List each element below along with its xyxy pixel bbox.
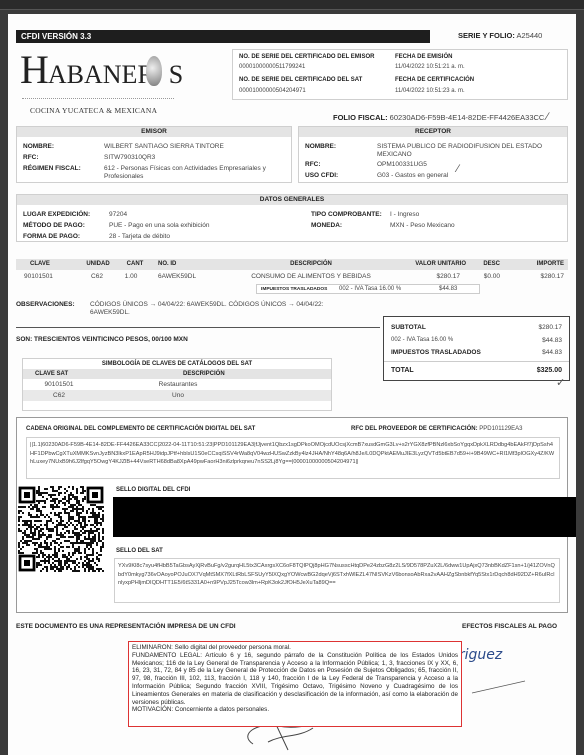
receptor-nombre-label: NOMBRE: (305, 143, 336, 150)
impuestos-total-value: $44.83 (542, 349, 562, 356)
legal-fundamento: FUNDAMENTO LEGAL: Artículo 6 y 16, segun… (132, 652, 458, 707)
rfc-proveedor-label: RFC DEL PROVEEDOR DE CERTIFICACIÓN: (351, 426, 478, 432)
legal-redaction-note: ELIMINARON: Sello digital del proveedor … (128, 641, 462, 727)
receptor-title: RECEPTOR (299, 127, 567, 137)
simbologia-box: SIMBOLOGÍA DE CLAVES DE CATÁLOGOS DEL SA… (22, 358, 332, 411)
cfdi-version-bar: CFDI VERSIÓN 3.3 (16, 30, 430, 43)
simbologia-header-cell: DESCRIPCIÓN (183, 371, 225, 377)
simbologia-header: CLAVE SATDESCRIPCIÓN (23, 369, 331, 379)
conceptos-header-cell: CLAVE (30, 261, 70, 267)
subtotal-value: $280.17 (539, 324, 563, 331)
lugar-value: 97204 (109, 211, 127, 218)
logo-divider (22, 98, 174, 99)
cadena-original-value: ||1.1|60230AD6-F59B-4E14-82DE-FF4426EA33… (26, 437, 560, 479)
emision-value: 11/04/2022 10:51:21 a. m. (395, 64, 465, 70)
emisor-box: EMISOR NOMBRE: WILBERT SANTIAGO SIERRA T… (16, 126, 292, 183)
sello-sat-title: SELLO DEL SAT (116, 548, 163, 554)
certificacion-value: 11/04/2022 10:51:23 a. m. (395, 88, 465, 94)
simbologia-row: 90101501Restaurantes (23, 379, 331, 390)
chili-pepper-icon (146, 56, 162, 86)
totals-box: SUBTOTAL $280.17 002 - IVA Tasa 16.00 % … (383, 316, 570, 381)
conceptos-cell: CONSUMO DE ALIMENTOS Y BEBIDAS (236, 273, 386, 280)
simbologia-row: C62Uno (23, 390, 331, 401)
conceptos-cell: $280.17 (508, 273, 564, 280)
conceptos-cell: C62 (82, 273, 112, 280)
receptor-nombre-value: SISTEMA PUBLICO DE RADIODIFUSION DEL EST… (377, 143, 562, 159)
emisor-nombre-value: WILBERT SANTIAGO SIERRA TINTORE (104, 143, 224, 150)
receptor-uso-label: USO CFDI: (305, 172, 338, 179)
emisor-nombre-label: NOMBRE: (23, 143, 54, 150)
legal-motivacion: MOTIVACIÓN: Concerniente a datos persona… (132, 706, 458, 714)
receptor-uso-value: G03 - Gastos en general (377, 172, 448, 179)
serie-folio-value: A25440 (517, 31, 543, 40)
subtotal-label: SUBTOTAL (391, 324, 426, 331)
conceptos-header-cell: DESC (470, 261, 500, 267)
receptor-box: RECEPTOR NOMBRE: SISTEMA PUBLICO DE RADI… (298, 126, 568, 183)
folio-fiscal-label: FOLIO FISCAL: (333, 113, 388, 122)
emisor-cert-label: NO. DE SERIE DEL CERTIFICADO DEL EMISOR (239, 54, 374, 60)
simbologia-table: CLAVE SATDESCRIPCIÓN90101501Restaurantes… (23, 369, 331, 401)
iva-label: 002 - IVA Tasa 16.00 % (391, 337, 453, 343)
conceptos-cell: $0.00 (464, 273, 500, 280)
conceptos-cell: $280.17 (388, 273, 460, 280)
conceptos-header-cell: NO. ID (158, 261, 198, 267)
folio-fiscal: FOLIO FISCAL: 60230AD6-F59B-4E14-82DE-FF… (333, 111, 548, 123)
footer-right: EFECTOS FISCALES AL PAGO (462, 623, 557, 630)
redacted-sello-cfdi (113, 497, 576, 537)
checkmark-icon: ∕ (546, 111, 548, 123)
folio-fiscal-value: 60230AD6-F59B-4E14-82DE-FF4426EA33CC (390, 113, 545, 122)
conceptos-header-cell: DESCRIPCIÓN (236, 261, 386, 267)
conceptos-cell: 90101501 (24, 273, 64, 280)
rfc-proveedor: RFC DEL PROVEEDOR DE CERTIFICACIÓN: PPD1… (351, 426, 523, 432)
emisor-title: EMISOR (17, 127, 291, 137)
serie-folio-label: SERIE Y FOLIO: (458, 31, 515, 40)
simbologia-cell: Uno (113, 392, 243, 399)
invoice-page: CFDI VERSIÓN 3.3 SERIE Y FOLIO: A25440 H… (8, 14, 576, 755)
observaciones-label: OBSERVACIONES: (16, 301, 75, 308)
qr-code-icon (18, 486, 104, 572)
simbologia-cell: 90101501 (29, 381, 89, 388)
total-value: $325.00 (537, 367, 562, 374)
total-label: TOTAL (391, 367, 414, 374)
impuestos-trasladados-row: IMPUESTOS TRASLADADOS 002 - IVA Tasa 16.… (256, 284, 480, 294)
impuestos-row-label: IMPUESTOS TRASLADADOS (261, 287, 327, 292)
impuestos-total-label: IMPUESTOS TRASLADADOS (391, 349, 481, 356)
simbologia-title: SIMBOLOGÍA DE CLAVES DE CATÁLOGOS DEL SA… (23, 359, 331, 369)
serie-folio: SERIE Y FOLIO: A25440 (458, 31, 542, 40)
receptor-rfc-label: RFC: (305, 161, 321, 168)
conceptos-header-cell: VALOR UNITARIO (388, 261, 466, 267)
metodo-label: MÉTODO DE PAGO: (23, 222, 85, 229)
emisor-rfc-label: RFC: (23, 154, 39, 161)
impuestos-row-desc: 002 - IVA Tasa 16.00 % (339, 286, 401, 292)
amount-in-words: SON: TRESCIENTOS VEINTICINCO PESOS, 00/1… (16, 336, 188, 343)
checkmark-icon: ✓ (556, 376, 565, 389)
rfc-proveedor-value: PPD101129EA3 (479, 426, 522, 432)
conceptos-header-cell: CANT (122, 261, 148, 267)
lugar-label: LUGAR EXPEDICIÓN: (23, 211, 90, 218)
simbologia-cell: Restaurantes (113, 381, 243, 388)
conceptos-cell: 6AWEK59DL (158, 273, 218, 280)
observaciones-value: CÓDIGOS ÚNICOS → 04/04/22: 6AWEK59DL. CÓ… (90, 301, 362, 317)
receptor-rfc-value: OPM100331UG5 (377, 161, 427, 168)
simbologia-header-cell: CLAVE SAT (35, 371, 68, 377)
sat-cert-value: 00001000000504204971 (239, 88, 306, 94)
certificacion-label: FECHA DE CERTIFICACIÓN (395, 77, 474, 83)
simbologia-cell: C62 (29, 392, 89, 399)
conceptos-header-cell: IMPORTE (508, 261, 564, 267)
datos-generales-box: DATOS GENERALES LUGAR EXPEDICIÓN: 97204 … (16, 194, 568, 242)
tipo-value: I - Ingreso (390, 211, 419, 218)
metodo-value: PUE - Pago en una sola exhibición (109, 222, 209, 229)
sello-sat-value: YXv9Kl8c7syu4fHbB5TaGbsAyXjRvBuFg/v2gurq… (114, 558, 560, 603)
checkmark-icon: ∕ (457, 163, 459, 175)
conceptos-header-cell: UNIDAD (78, 261, 118, 267)
moneda-value: MXN - Peso Mexicano (390, 222, 455, 229)
totals-divider (384, 361, 569, 362)
forma-value: 28 - Tarjeta de débito (109, 233, 170, 240)
certificates-box: NO. DE SERIE DEL CERTIFICADO DEL EMISOR … (232, 49, 568, 100)
emision-label: FECHA DE EMISIÓN (395, 54, 452, 60)
forma-label: FORMA DE PAGO: (23, 233, 80, 240)
conceptos-cell: 1.00 (120, 273, 142, 280)
qr-code (18, 486, 104, 572)
impuestos-row-value: $44.83 (439, 286, 457, 292)
emisor-regimen-label: RÉGIMEN FISCAL: (23, 165, 81, 172)
sat-cert-label: NO. DE SERIE DEL CERTIFICADO DEL SAT (239, 77, 362, 83)
cadena-title: CADENA ORIGINAL DEL COMPLEMENTO DE CERTI… (26, 426, 255, 432)
company-tagline: COCINA YUCATECA & MEXICANA (30, 106, 157, 115)
footer-left: ESTE DOCUMENTO ES UNA REPRESENTACIÓN IMP… (16, 623, 236, 630)
signature-stroke (470, 679, 530, 699)
divider-line (16, 327, 380, 328)
moneda-label: MONEDA: (311, 222, 342, 229)
legal-eliminaron: ELIMINARON: Sello digital del proveedor … (132, 644, 458, 652)
iva-value: $44.83 (542, 337, 562, 344)
emisor-rfc-value: SITW790310QR3 (104, 154, 155, 161)
datos-generales-title: DATOS GENERALES (17, 195, 567, 205)
emisor-cert-value: 00001000000511799241 (239, 64, 305, 70)
sello-cfdi-title: SELLO DIGITAL DEL CFDI (116, 487, 190, 493)
viewer-toolbar (0, 0, 584, 10)
tipo-label: TIPO COMPROBANTE: (311, 211, 382, 218)
emisor-regimen-value: 612 - Personas Físicas con Actividades E… (104, 165, 284, 181)
